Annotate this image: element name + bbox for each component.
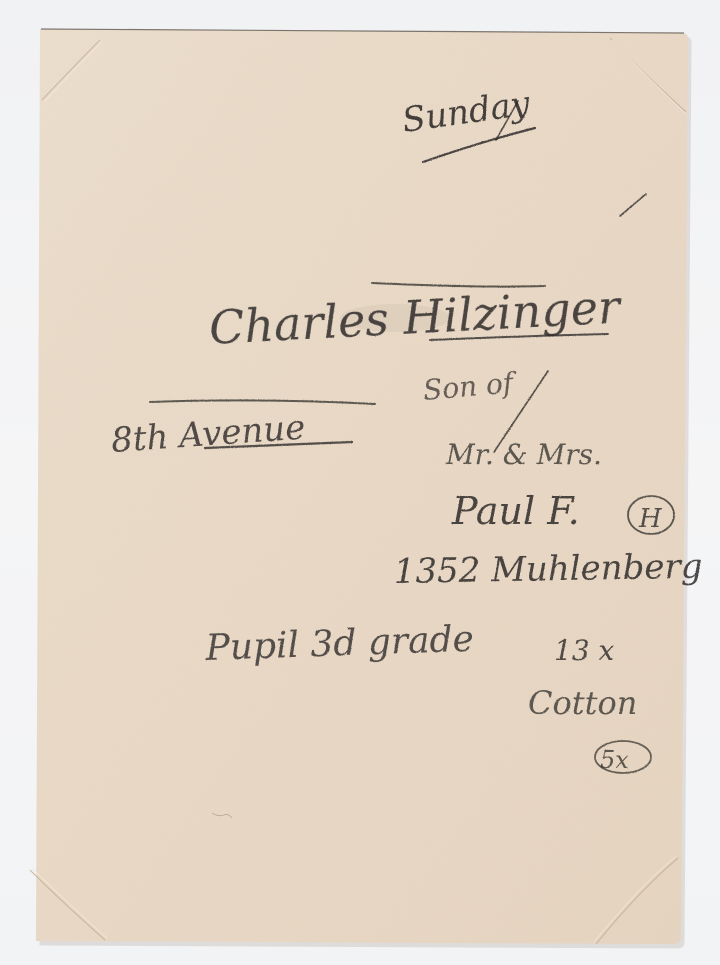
note-circled-mark-1: H [638, 504, 663, 534]
note-parents: Mr. & Mrs. [445, 438, 602, 471]
scan-background: Sunday Charles Hilzinger 8th Avenue Son … [0, 0, 720, 965]
note-circled-mark-2: 5x [600, 746, 629, 774]
photo-card-back: Sunday Charles Hilzinger 8th Avenue Son … [0, 0, 720, 965]
note-father: Paul F. [451, 489, 580, 533]
note-age: 13 x [554, 634, 615, 667]
note-address: 1352 Muhlenberg [393, 547, 702, 592]
note-surname: Cotton [528, 684, 637, 722]
